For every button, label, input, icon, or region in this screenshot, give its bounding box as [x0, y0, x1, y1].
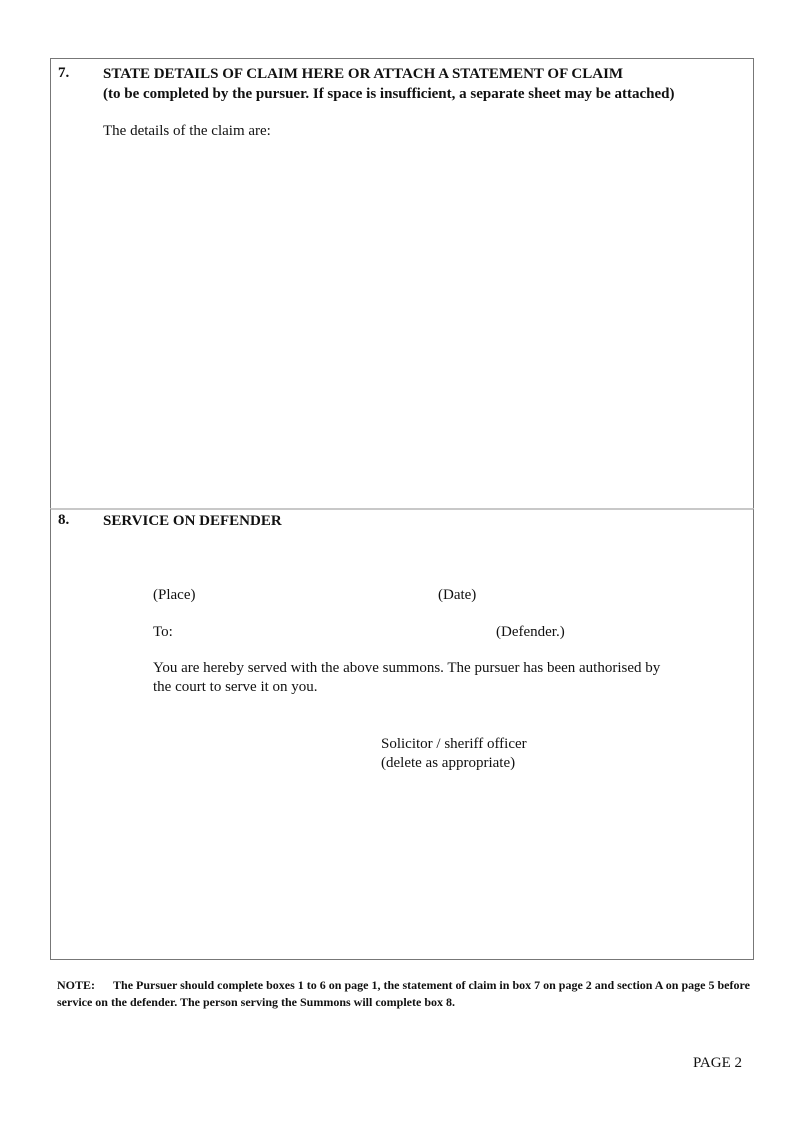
page-number: PAGE 2 — [693, 1055, 742, 1072]
note-text: The Pursuer should complete boxes 1 to 6… — [57, 978, 750, 1009]
to-label: To: — [153, 622, 173, 642]
claim-details-label: The details of the claim are: — [103, 121, 271, 141]
note-label: NOTE: — [57, 978, 95, 992]
box-8-service-on-defender: 8. SERVICE ON DEFENDER (Place) (Date) To… — [50, 508, 754, 960]
box-7-statement-of-claim: 7. STATE DETAILS OF CLAIM HERE OR ATTACH… — [50, 58, 754, 510]
claim-details-field[interactable] — [103, 147, 743, 499]
service-statement-line2: the court to serve it on you. — [153, 677, 318, 697]
signatory-role: Solicitor / sheriff officer — [381, 734, 527, 754]
signatory-instruction: (delete as appropriate) — [381, 753, 515, 773]
place-label: (Place) — [153, 585, 195, 605]
box-7-heading-line1: STATE DETAILS OF CLAIM HERE OR ATTACH A … — [103, 64, 674, 84]
note: NOTE:The Pursuer should complete boxes 1… — [57, 977, 757, 1011]
date-label: (Date) — [438, 585, 476, 605]
service-statement-line1: You are hereby served with the above sum… — [153, 658, 660, 678]
box-7-heading: STATE DETAILS OF CLAIM HERE OR ATTACH A … — [103, 64, 674, 104]
box-7-heading-line2: (to be completed by the pursuer. If spac… — [103, 84, 674, 104]
box-8-heading: SERVICE ON DEFENDER — [103, 511, 282, 531]
defender-label: (Defender.) — [496, 622, 565, 642]
box-8-number: 8. — [58, 512, 69, 529]
box-7-number: 7. — [58, 65, 69, 82]
